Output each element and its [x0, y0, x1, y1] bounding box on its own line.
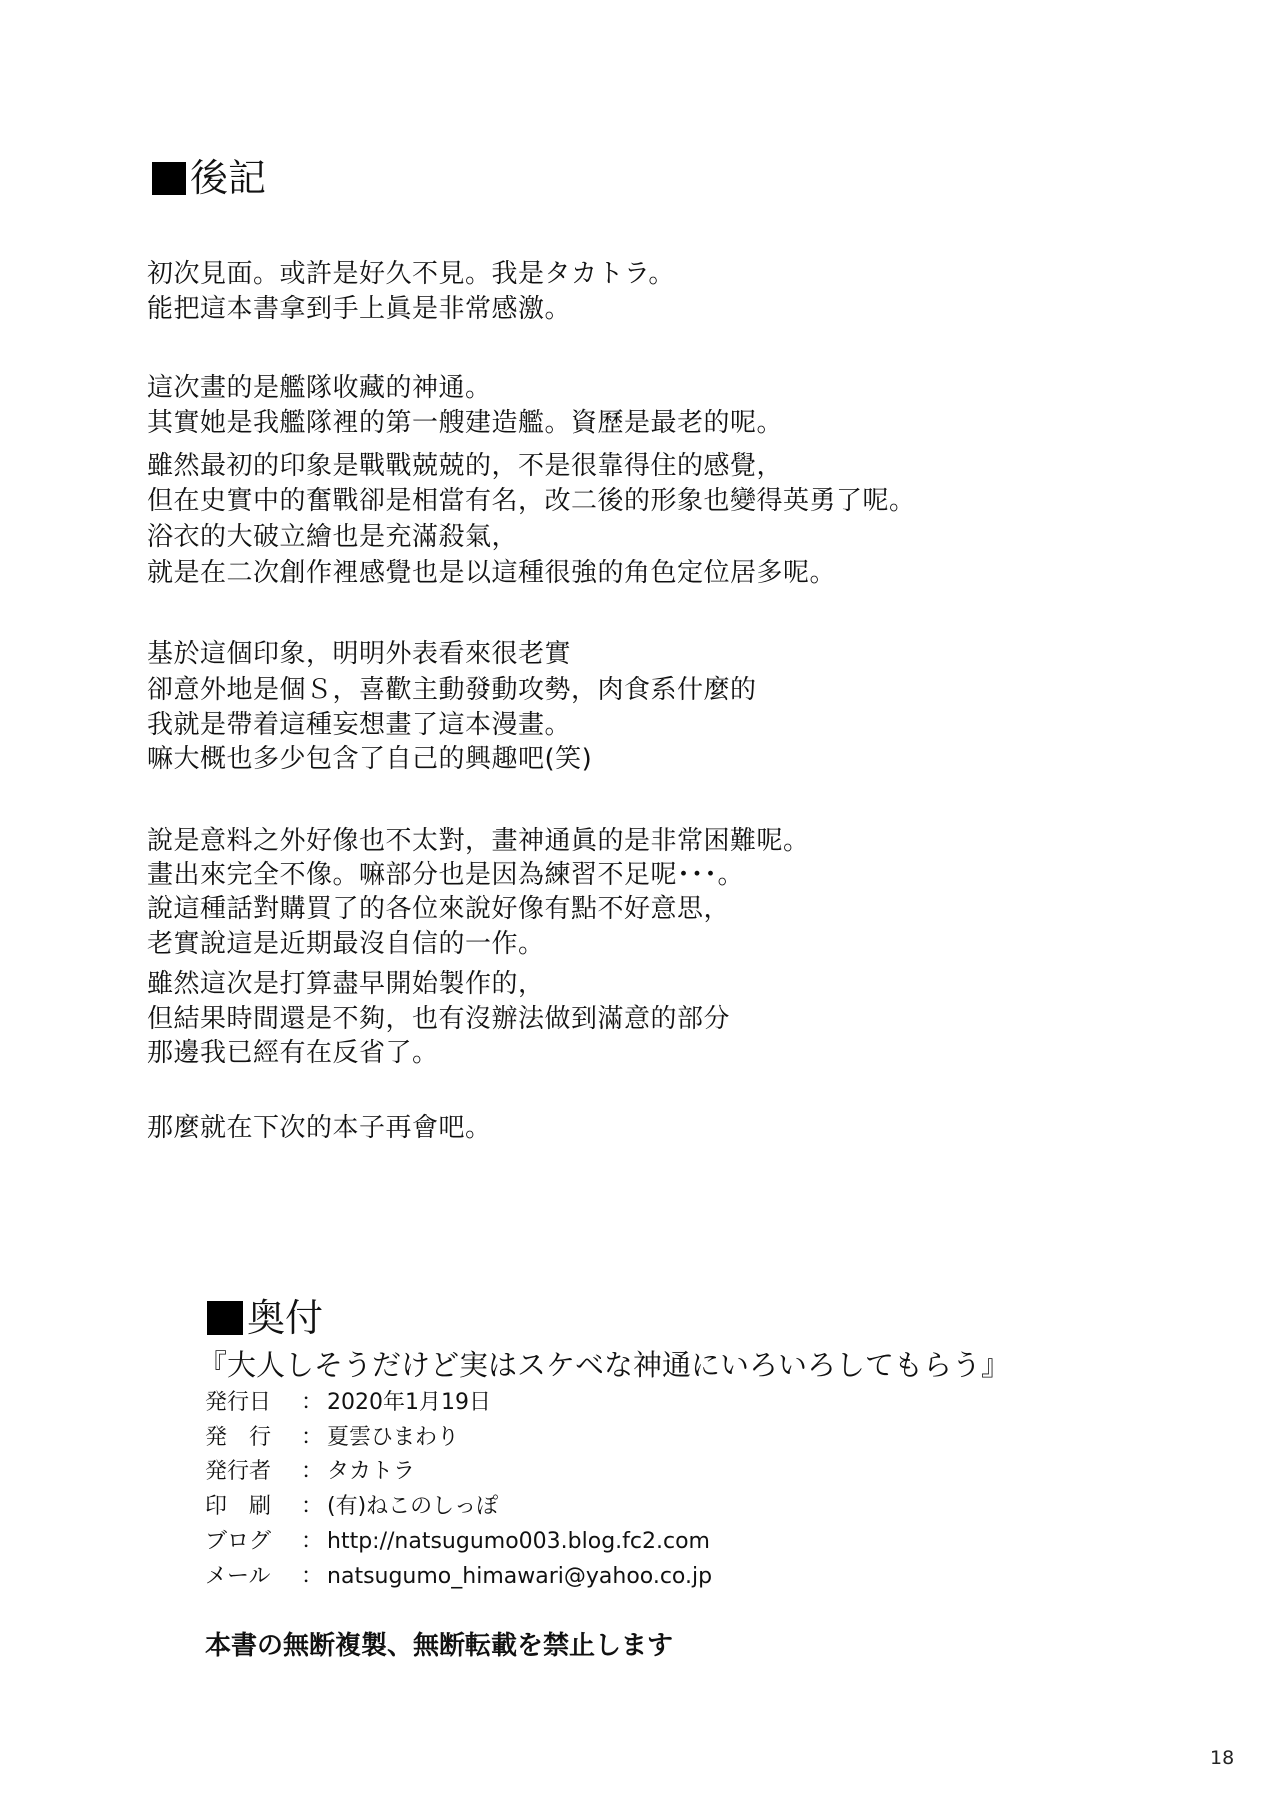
colophon-heading: 奥付	[207, 1296, 323, 1340]
row-value: タカトラ	[327, 1458, 415, 1486]
afterword-line: 我就是帶着這種妄想畫了這本漫畫。	[147, 709, 571, 741]
row-value: 2020年1月19日	[327, 1389, 491, 1417]
row-separator: ：	[301, 1563, 323, 1591]
row-value: (有)ねこのしっぽ	[327, 1493, 498, 1521]
copyright-notice: 本書の無断複製、無断転載を禁止します	[205, 1630, 673, 1662]
row-label: ブログ	[205, 1528, 301, 1556]
afterword-line: 卻意外地是個Ｓ，喜歡主動發動攻勢，肉食系什麼的	[147, 674, 757, 706]
afterword-closing-line: 那麼就在下次的本子再會吧。	[147, 1112, 492, 1144]
afterword-line: 初次見面。或許是好久不見。我是タカトラ。	[147, 258, 675, 290]
afterword-line: 畫出來完全不像。嘛部分也是因為練習不足呢･･･。	[147, 859, 744, 891]
colophon-heading-text: 奥付	[247, 1296, 323, 1340]
colophon-row-email: メール ： natsugumo_himawari@yahoo.co.jp	[205, 1563, 712, 1591]
row-label: 発行日	[205, 1389, 301, 1417]
colophon-row-issuer: 発行者 ： タカトラ	[205, 1458, 415, 1486]
afterword-line: 老實說這是近期最沒自信的一作。	[147, 928, 545, 960]
row-separator: ：	[301, 1458, 323, 1486]
page-number: 18	[1210, 1747, 1234, 1769]
afterword-line: 說這種話對購買了的各位來說好像有點不好意思，	[147, 893, 730, 925]
afterword-line: 雖然最初的印象是戰戰兢兢的，不是很靠得住的感覺，	[147, 450, 783, 482]
row-value: 夏雲ひまわり	[327, 1424, 459, 1452]
afterword-line: 說是意料之外好像也不太對，畫神通眞的是非常困難呢。	[147, 825, 810, 857]
row-separator: ：	[301, 1493, 323, 1521]
blog-url: http://natsugumo003.blog.fc2.com	[327, 1528, 710, 1556]
colophon-row-blog: ブログ ： http://natsugumo003.blog.fc2.com	[205, 1528, 710, 1556]
colophon-row-publisher: 発 行 ： 夏雲ひまわり	[205, 1424, 459, 1452]
colophon-row-printer: 印 刷 ： (有)ねこのしっぽ	[205, 1493, 498, 1521]
book-title: 『大人しそうだけど実はスケベな神通にいろいろしてもらう』	[198, 1348, 1010, 1382]
afterword-heading-text: 後記	[190, 156, 266, 200]
row-separator: ：	[301, 1389, 323, 1417]
row-label: 発 行	[205, 1424, 301, 1452]
afterword-heading: 後記	[152, 156, 266, 200]
afterword-line: 雖然這次是打算盡早開始製作的，	[147, 968, 545, 1000]
row-label: 発行者	[205, 1458, 301, 1486]
email-address: natsugumo_himawari@yahoo.co.jp	[327, 1563, 712, 1591]
black-square-icon	[207, 1301, 243, 1335]
black-square-icon	[152, 162, 186, 195]
document-page: 後記 初次見面。或許是好久不見。我是タカトラ。 能把這本書拿到手上眞是非常感激。…	[0, 0, 1280, 1808]
afterword-line: 但在史實中的奮戰卻是相當有名，改二後的形象也變得英勇了呢。	[147, 485, 916, 517]
colophon-row-publish-date: 発行日 ： 2020年1月19日	[205, 1389, 491, 1417]
afterword-line: 就是在二次創作裡感覺也是以這種很強的角色定位居多呢。	[147, 557, 836, 589]
row-label: 印 刷	[205, 1493, 301, 1521]
row-label: メール	[205, 1563, 301, 1591]
afterword-line: 能把這本書拿到手上眞是非常感激。	[147, 293, 571, 325]
afterword-line: 那邊我已經有在反省了。	[147, 1037, 439, 1069]
afterword-line: 但結果時間還是不夠，也有沒辦法做到滿意的部分	[147, 1003, 730, 1035]
afterword-line: 基於這個印象，明明外表看來很老實	[147, 638, 571, 670]
afterword-line: 其實她是我艦隊裡的第一艘建造艦。資歷是最老的呢。	[147, 407, 783, 439]
row-separator: ：	[301, 1424, 323, 1452]
afterword-line: 浴衣的大破立繪也是充滿殺氣，	[147, 521, 518, 553]
afterword-line: 這次畫的是艦隊收藏的神通。	[147, 372, 492, 404]
afterword-line: 嘛大概也多少包含了自己的興趣吧(笑)	[147, 743, 592, 775]
row-separator: ：	[301, 1528, 323, 1556]
